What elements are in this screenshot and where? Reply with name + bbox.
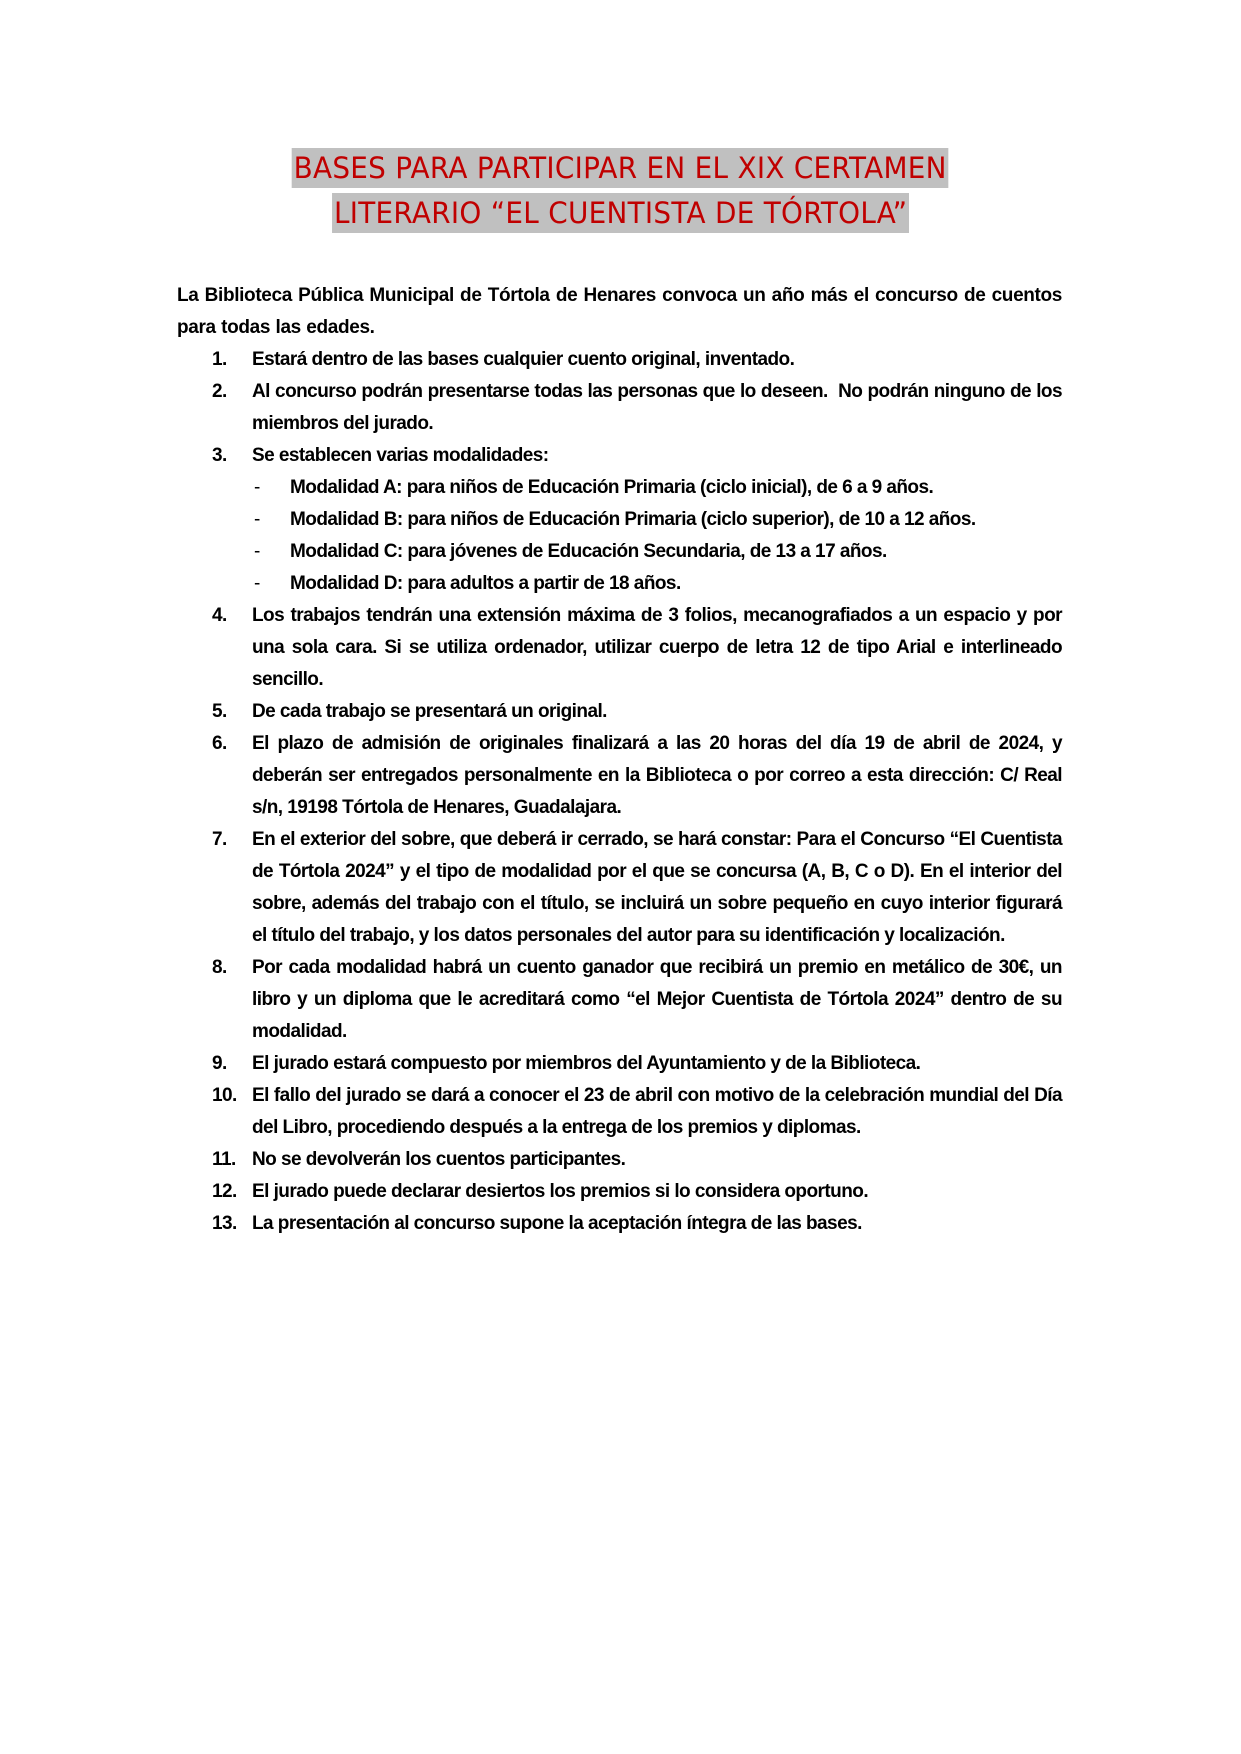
- rule-text: La presentación al concurso supone la ac…: [252, 1213, 862, 1234]
- rule-text: Estará dentro de las bases cualquier cue…: [252, 349, 794, 370]
- title-line-2: LITERARIO “EL CUENTISTA DE TÓRTOLA”: [332, 193, 909, 233]
- rule-item-9: 9. El jurado estará compuesto por miembr…: [177, 1048, 1062, 1080]
- modality-text: Modalidad B: para niños de Educación Pri…: [290, 509, 976, 530]
- rule-number: 3.: [212, 440, 248, 472]
- dash-bullet-icon: -: [254, 472, 260, 504]
- rule-text: En el exterior del sobre, que deberá ir …: [252, 829, 1062, 946]
- rule-text: El plazo de admisión de originales final…: [252, 733, 1062, 818]
- rule-text: Se establecen varias modalidades:: [252, 445, 549, 466]
- modality-text: Modalidad D: para adultos a partir de 18…: [290, 573, 681, 594]
- rule-item-10: 10. El fallo del jurado se dará a conoce…: [177, 1080, 1062, 1144]
- rule-number: 12.: [212, 1176, 248, 1208]
- rule-item-13: 13. La presentación al concurso supone l…: [177, 1208, 1062, 1240]
- rule-item-1: 1. Estará dentro de las bases cualquier …: [177, 344, 1062, 376]
- rule-number: 9.: [212, 1048, 248, 1080]
- rule-item-4: 4. Los trabajos tendrán una extensión má…: [177, 600, 1062, 696]
- modality-text: Modalidad C: para jóvenes de Educación S…: [290, 541, 887, 562]
- modality-item-b: - Modalidad B: para niños de Educación P…: [252, 504, 1062, 536]
- dash-bullet-icon: -: [254, 536, 260, 568]
- dash-bullet-icon: -: [254, 568, 260, 600]
- rule-number: 1.: [212, 344, 248, 376]
- rule-text: Los trabajos tendrán una extensión máxim…: [252, 605, 1062, 690]
- rule-number: 6.: [212, 728, 248, 760]
- rule-text: Por cada modalidad habrá un cuento ganad…: [252, 957, 1062, 1042]
- rule-number: 11.: [212, 1144, 248, 1176]
- rule-text: El jurado estará compuesto por miembros …: [252, 1053, 920, 1074]
- rule-item-8: 8. Por cada modalidad habrá un cuento ga…: [177, 952, 1062, 1048]
- rule-text: Al concurso podrán presentarse todas las…: [252, 381, 1067, 434]
- title-line-1: BASES PARA PARTICIPAR EN EL XIX CERTAMEN: [292, 148, 949, 188]
- rule-number: 7.: [212, 824, 248, 856]
- modality-item-c: - Modalidad C: para jóvenes de Educación…: [252, 536, 1062, 568]
- rule-item-11: 11. No se devolverán los cuentos partici…: [177, 1144, 1062, 1176]
- modality-text: Modalidad A: para niños de Educación Pri…: [290, 477, 933, 498]
- rule-item-2: 2. Al concurso podrán presentarse todas …: [177, 376, 1062, 440]
- rule-item-3: 3. Se establecen varias modalidades: - M…: [177, 440, 1062, 600]
- rule-item-12: 12. El jurado puede declarar desiertos l…: [177, 1176, 1062, 1208]
- rule-number: 5.: [212, 696, 248, 728]
- rule-number: 13.: [212, 1208, 248, 1240]
- rule-text: De cada trabajo se presentará un origina…: [252, 701, 607, 722]
- rule-item-7: 7. En el exterior del sobre, que deberá …: [177, 824, 1062, 952]
- rule-item-5: 5. De cada trabajo se presentará un orig…: [177, 696, 1062, 728]
- rule-text: El jurado puede declarar desiertos los p…: [252, 1181, 868, 1202]
- document-page: BASES PARA PARTICIPAR EN EL XIX CERTAMEN…: [0, 0, 1241, 1754]
- rule-item-6: 6. El plazo de admisión de originales fi…: [177, 728, 1062, 824]
- modalities-list: - Modalidad A: para niños de Educación P…: [252, 472, 1062, 600]
- rule-number: 10.: [212, 1080, 248, 1112]
- dash-bullet-icon: -: [254, 504, 260, 536]
- intro-paragraph: La Biblioteca Pública Municipal de Tórto…: [177, 280, 1062, 344]
- rule-number: 4.: [212, 600, 248, 632]
- rule-number: 2.: [212, 376, 248, 408]
- modality-item-a: - Modalidad A: para niños de Educación P…: [252, 472, 1062, 504]
- rule-text: El fallo del jurado se dará a conocer el…: [252, 1085, 1062, 1138]
- rules-list: 1. Estará dentro de las bases cualquier …: [177, 344, 1062, 1240]
- rule-number: 8.: [212, 952, 248, 984]
- rule-text: No se devolverán los cuentos participant…: [252, 1149, 625, 1170]
- modality-item-d: - Modalidad D: para adultos a partir de …: [252, 568, 1062, 600]
- document-title: BASES PARA PARTICIPAR EN EL XIX CERTAMEN…: [0, 148, 1241, 238]
